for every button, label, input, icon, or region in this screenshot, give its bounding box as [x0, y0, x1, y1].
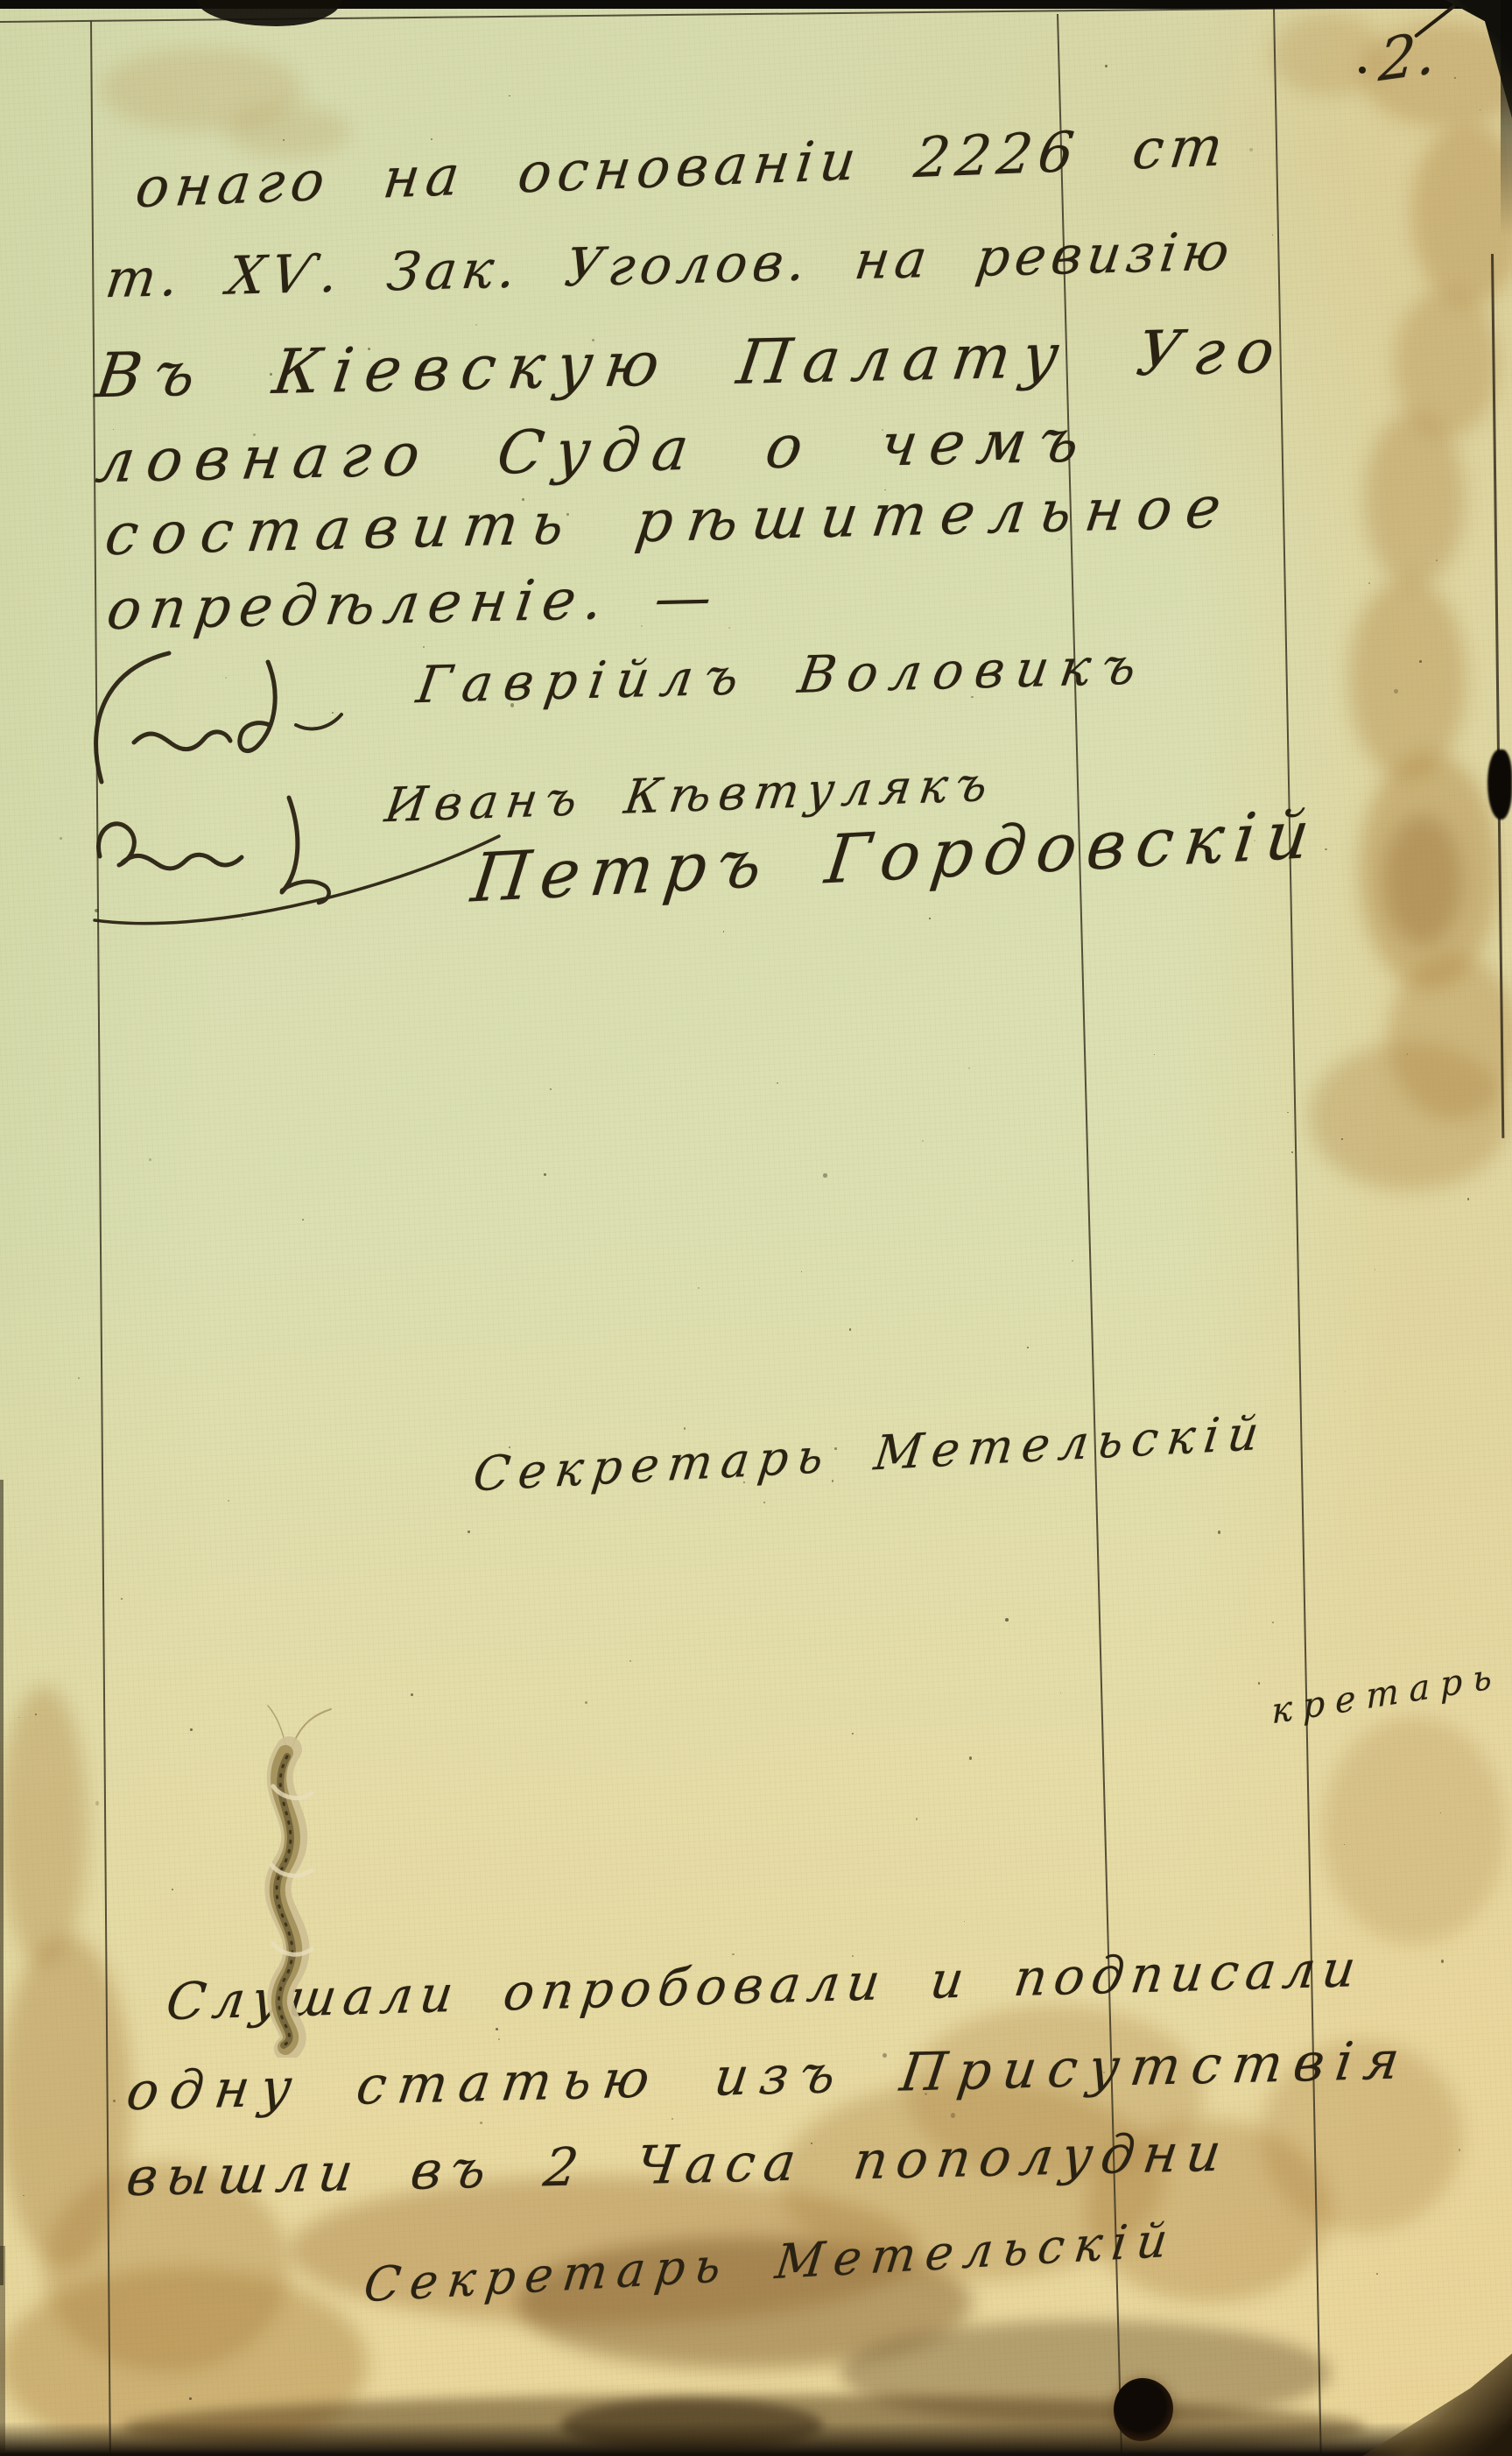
- page-number-dot: [1359, 67, 1366, 74]
- paper-speck: [1441, 1960, 1444, 1963]
- paper-speck: [1005, 1618, 1009, 1622]
- paper-speck: [1325, 848, 1327, 850]
- paper-speck: [641, 625, 643, 627]
- paper-speck: [929, 918, 931, 919]
- water-stain: [1348, 578, 1466, 779]
- water-stain: [1309, 1042, 1510, 1191]
- water-stain: [1322, 1716, 1506, 1944]
- paper-speck: [1072, 1260, 1073, 1262]
- paper-speck: [1085, 2244, 1087, 2246]
- paper-speck: [698, 1287, 700, 1289]
- paper-speck: [1419, 660, 1422, 663]
- paper-speck: [763, 1502, 765, 1503]
- paper-speck: [550, 1088, 552, 1090]
- paper-speck: [585, 1701, 587, 1704]
- paper-speck: [1459, 2149, 1460, 2151]
- paper-speck: [239, 2093, 241, 2094]
- paper-speck: [823, 1173, 827, 1178]
- paper-speck: [78, 1377, 80, 1379]
- page-edge-left: [0, 2246, 5, 2452]
- paper-speck: [1436, 559, 1438, 561]
- water-stain: [1364, 412, 1465, 587]
- paper-speck: [951, 2113, 955, 2118]
- paper-speck: [925, 2093, 927, 2095]
- paper-speck: [743, 1481, 745, 1483]
- paper-speck: [968, 1067, 970, 1069]
- paper-speck: [1319, 2071, 1321, 2072]
- paper-speck: [368, 348, 370, 350]
- document-scan: 2. онаго на основаніи 2226 ст т. ХѴ. Зак…: [0, 0, 1512, 2456]
- paper-speck: [453, 790, 454, 792]
- paper-speck: [1467, 1198, 1469, 1200]
- paper-speck: [302, 1219, 304, 1221]
- paper-speck: [684, 1427, 686, 1430]
- paper-speck: [672, 2118, 673, 2120]
- water-stain: [1383, 814, 1462, 946]
- paper-speck: [1103, 2072, 1105, 2073]
- water-stain: [0, 1685, 88, 1966]
- paper-speck: [1218, 1531, 1220, 1534]
- paper-speck: [113, 2100, 116, 2102]
- paper-speck: [1368, 582, 1370, 584]
- illegible-flourish-signature: [81, 782, 518, 935]
- paper-speck: [466, 378, 468, 380]
- paper-speck: [834, 1447, 837, 1450]
- paper-speck: [508, 519, 510, 522]
- paper-speck: [592, 339, 594, 341]
- page-number: 2.: [1377, 18, 1440, 95]
- paper-speck: [60, 837, 62, 840]
- paper-speck: [922, 1140, 924, 1142]
- paper-speck: [1287, 1112, 1289, 1113]
- paper-speck: [629, 1660, 631, 1662]
- paper-speck: [728, 627, 730, 629]
- scan-right-border: [1501, 0, 1512, 236]
- paper-speck: [270, 373, 272, 376]
- paper-speck: [1272, 1622, 1274, 1623]
- paper-speck: [35, 1714, 37, 1715]
- paper-speck: [121, 1598, 123, 1600]
- paper-speck: [1407, 1053, 1408, 1055]
- paper-speck: [189, 2397, 192, 2400]
- paper-speck: [1376, 2273, 1378, 2275]
- paper-speck: [1105, 65, 1108, 67]
- paper-speck: [190, 1728, 193, 1731]
- ink-blot-right-edge: [1487, 749, 1512, 820]
- water-stain: [1271, 13, 1385, 96]
- paper-speck: [468, 1531, 470, 1533]
- page-edge-left: [0, 1480, 4, 2285]
- scan-bottom-border: [0, 2422, 1512, 2456]
- water-stain: [840, 2320, 1331, 2425]
- thread-artifact: [235, 1699, 353, 2058]
- paper-speck: [242, 918, 243, 920]
- paper-speck: [411, 1693, 413, 1696]
- paper-speck: [480, 2122, 482, 2124]
- paper-speck: [1258, 1682, 1260, 1685]
- illegible-flourish-signature: [86, 637, 357, 799]
- paper-speck: [496, 2028, 498, 2030]
- handwritten-line: опредѣленіе. —: [103, 565, 724, 643]
- paper-speck: [522, 498, 524, 501]
- paper-speck: [883, 2053, 887, 2058]
- paper-speck: [566, 513, 569, 516]
- paper-speck: [95, 1801, 99, 1805]
- paper-speck: [510, 703, 514, 707]
- paper-speck: [791, 447, 793, 449]
